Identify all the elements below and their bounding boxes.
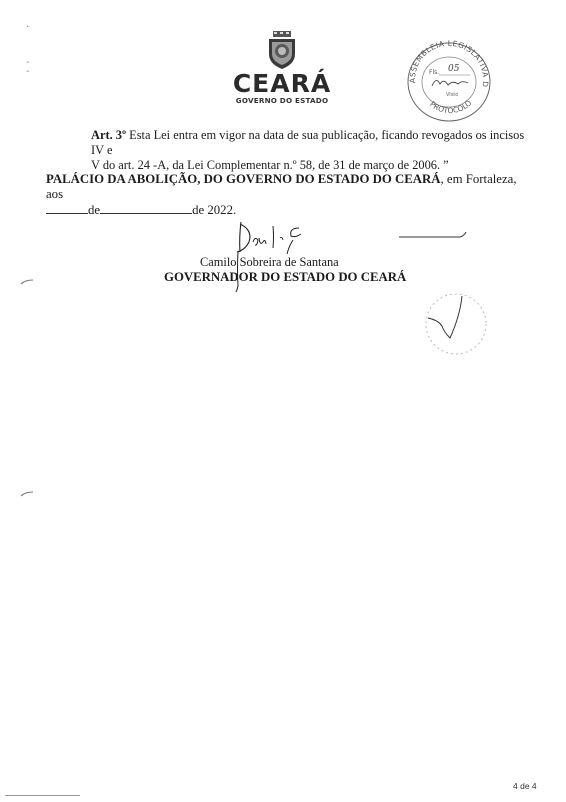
svg-text:Visto: Visto	[446, 92, 458, 98]
scan-mark: ·	[26, 22, 29, 33]
article-text-line1: Esta Lei entra em vigor na data de sua p…	[91, 128, 524, 157]
stamp-fls-value: 05	[448, 64, 460, 74]
scan-mark	[20, 272, 34, 290]
palace-name: PALÁCIO DA ABOLIÇÃO, DO GOVERNO DO ESTAD…	[46, 172, 441, 186]
article-text-line2: V do art. 24 -A, da Lei Complementar n.º…	[91, 158, 449, 172]
logo-subtitle: GOVERNO DO ESTADO	[222, 96, 342, 105]
scan-mark: -	[26, 66, 30, 77]
stamp-bottom-text: PROTOCOLO	[428, 98, 473, 115]
signatory-title: GOVERNADOR DO ESTADO DO CEARÁ	[164, 270, 406, 285]
initial-stamp	[418, 286, 498, 371]
svg-text:PROTOCOLO: PROTOCOLO	[428, 98, 473, 115]
date-de-1: de	[88, 203, 100, 217]
palace-paragraph: PALÁCIO DA ABOLIÇÃO, DO GOVERNO DO ESTAD…	[46, 172, 536, 218]
bottom-edge-line	[5, 795, 80, 796]
protocol-stamp: ASSEMBLEIA LEGISLATIVA DO CEARÁ PROTOCOL…	[404, 40, 494, 124]
stamp-signature	[432, 80, 468, 86]
article-label: Art. 3º	[91, 128, 126, 142]
scan-mark	[20, 484, 34, 502]
coat-of-arms-icon	[264, 30, 300, 70]
logo-title: CEARÁ	[222, 72, 342, 96]
stamp-fls-label: Fls.	[429, 69, 439, 76]
ceara-government-logo: CEARÁ GOVERNO DO ESTADO	[222, 30, 342, 105]
signature-line	[398, 228, 468, 247]
date-de-2: de 2022.	[192, 203, 236, 217]
month-blank	[100, 202, 192, 214]
day-blank	[46, 202, 88, 214]
signatory-name: Camilo Sobreira de Santana	[200, 255, 339, 270]
page-number: 4 de 4	[513, 781, 537, 791]
article-3-paragraph: Art. 3º Esta Lei entra em vigor na data …	[91, 128, 531, 173]
